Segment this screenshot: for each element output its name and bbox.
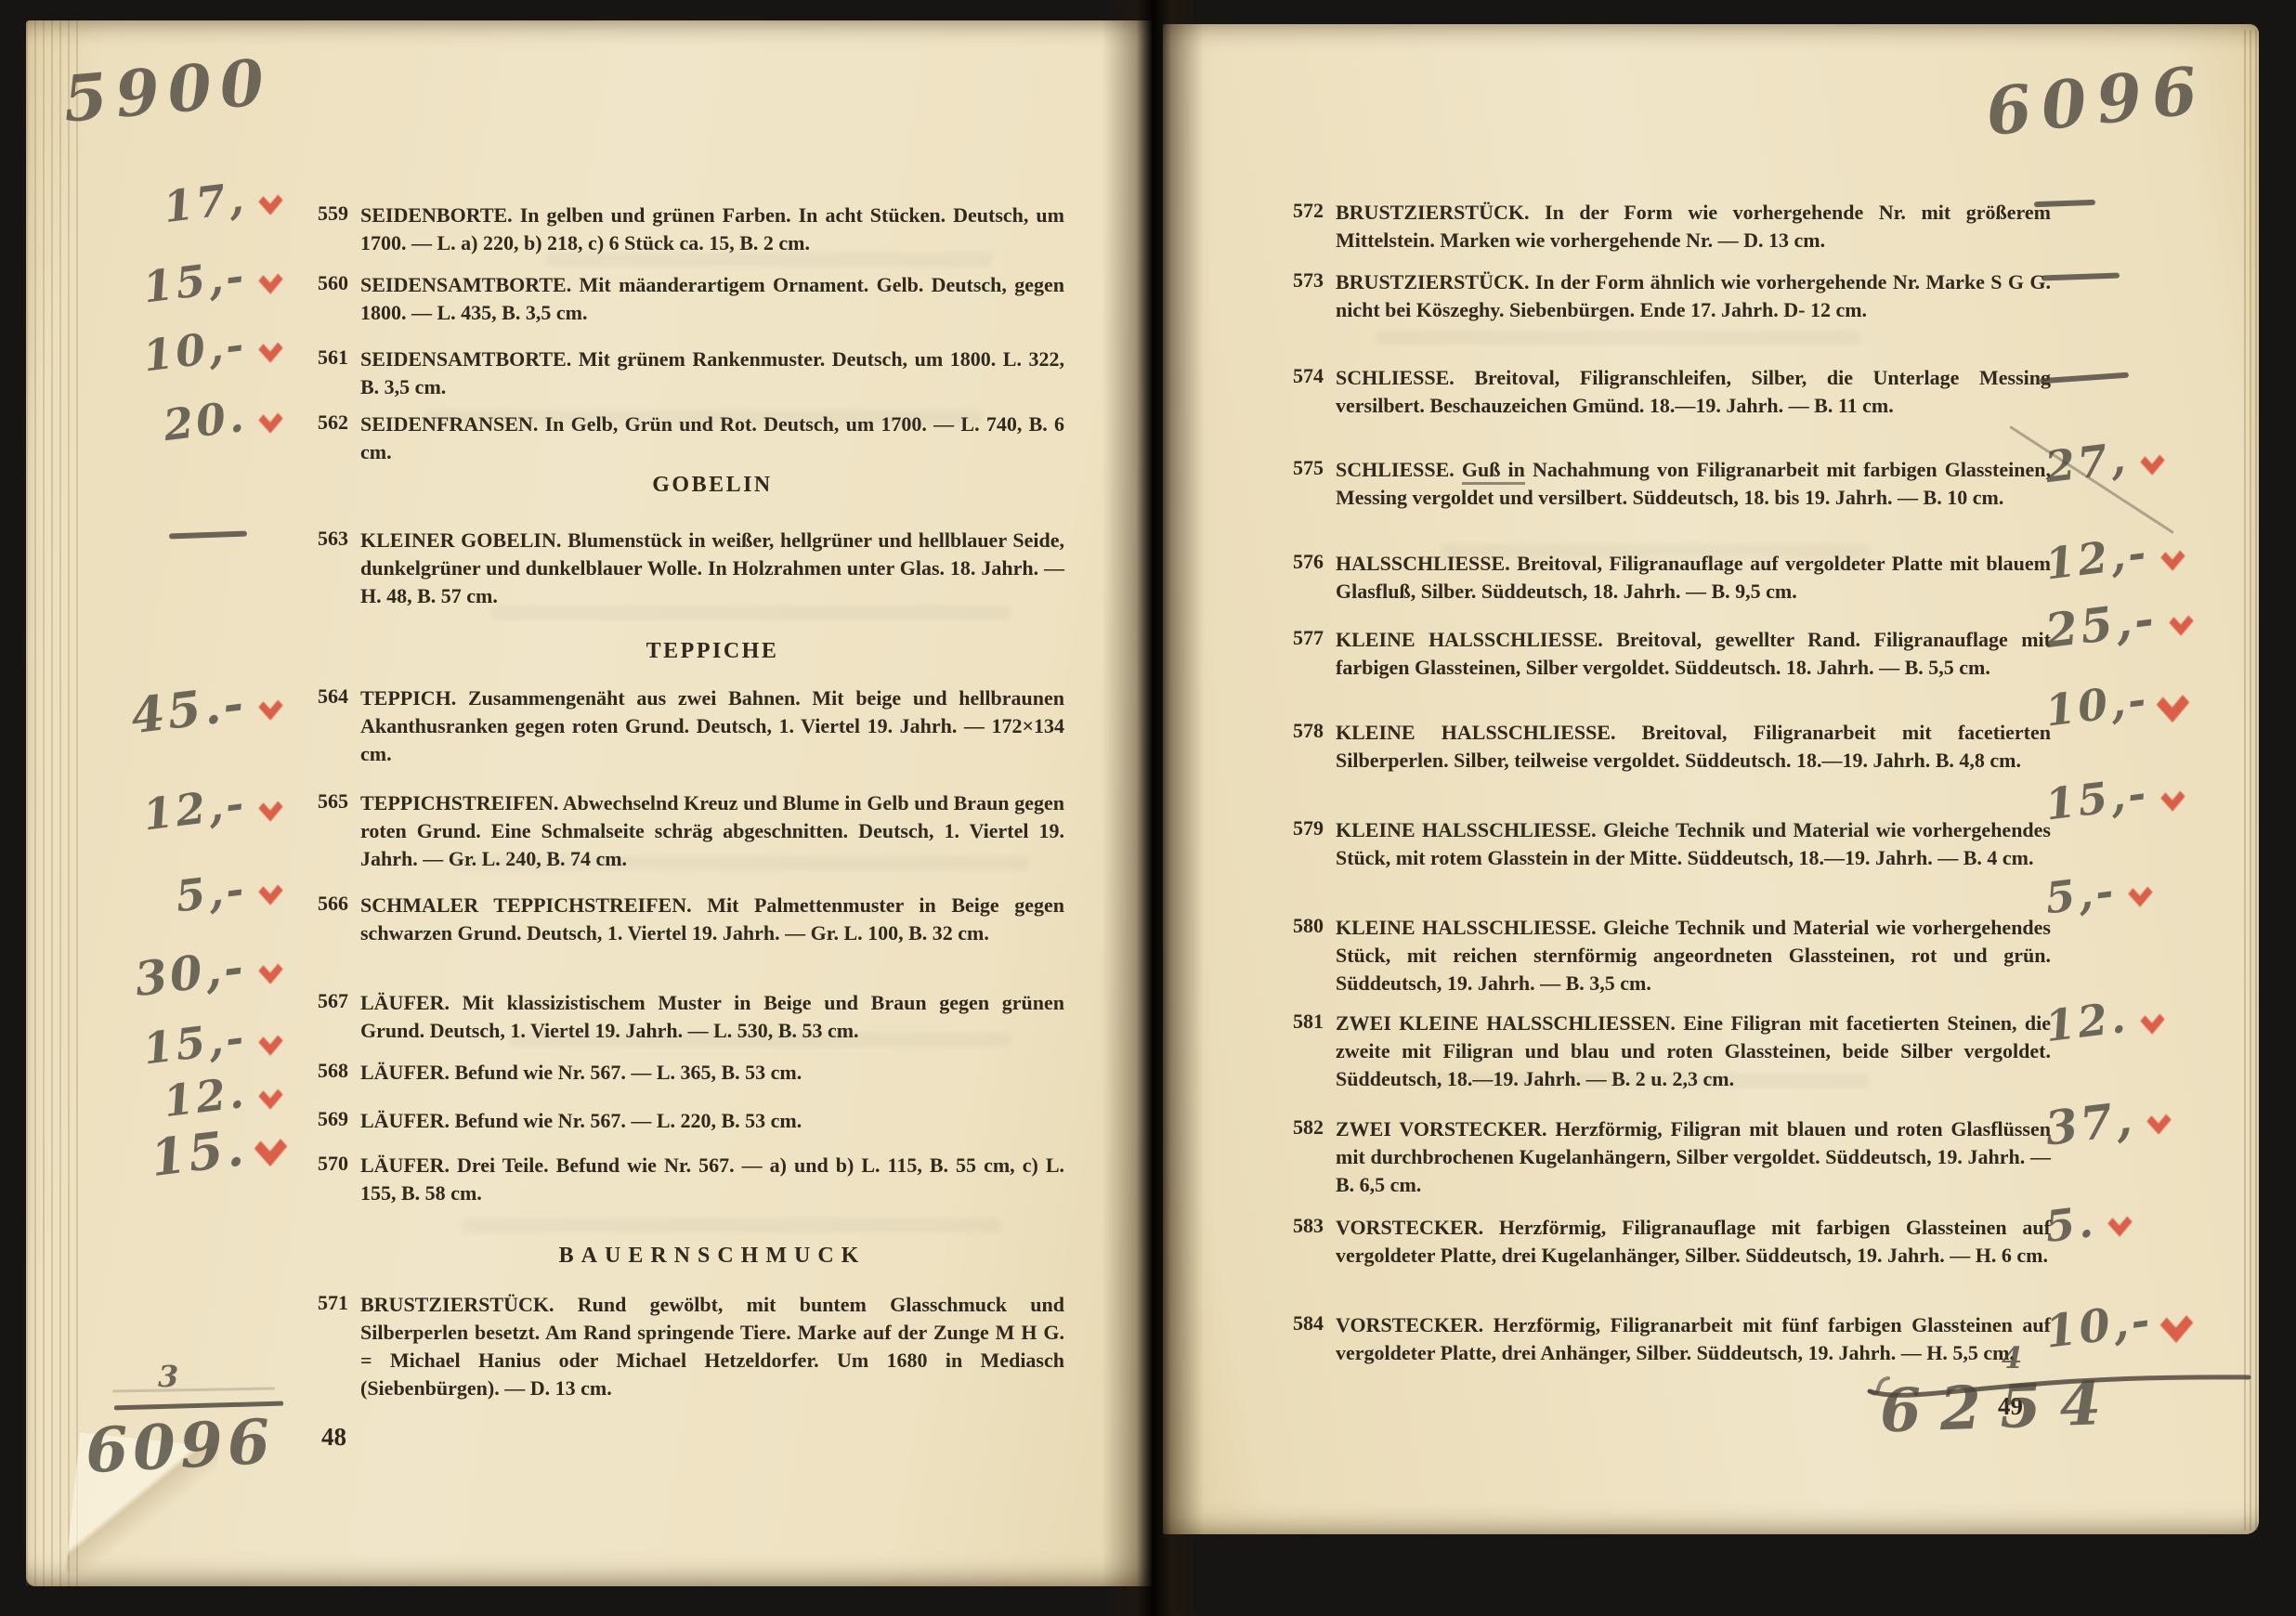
lot-number: 562 xyxy=(318,411,348,435)
catalog-entry-575: 575 SCHLIESSE. Guß in Nachahmung von Fil… xyxy=(1336,456,2051,512)
price-annotation: 10,- xyxy=(2045,684,2183,726)
lot-number: 560 xyxy=(318,271,348,295)
page-stack-edges xyxy=(26,20,84,1586)
handwritten-price: 25,- xyxy=(2042,595,2159,655)
lot-number: 583 xyxy=(1293,1214,1324,1238)
pencil-underlined-text: Guß in xyxy=(1462,458,1525,485)
catalog-entry-573: 573 BRUSTZIERSTÜCK. In der Form ähnlich … xyxy=(1336,268,2051,324)
lot-description: LÄUFER. Befund wie Nr. 567. — L. 220, B.… xyxy=(360,1107,1064,1135)
lot-description: VORSTECKER. Herzförmig, Filigranarbeit m… xyxy=(1336,1311,2051,1367)
handwritten-carry-digit: 3 xyxy=(158,1362,178,1391)
catalog-entry-568: 568 LÄUFER. Befund wie Nr. 567. — L. 365… xyxy=(360,1059,1064,1087)
lot-number: 582 xyxy=(1293,1115,1324,1140)
checkmark-icon xyxy=(2169,607,2193,635)
price-annotation: 20. xyxy=(163,399,280,442)
catalog-entry-567: 567 LÄUFER. Mit klassizistischem Muster … xyxy=(360,989,1064,1045)
catalog-entry-577: 577 KLEINE HALSSCHLIESSE. Breitoval, gew… xyxy=(1336,626,2051,682)
lot-number: 579 xyxy=(1293,816,1324,841)
catalog-book-scan: 5900 559 SEIDENBORTE. In gelben und grün… xyxy=(0,0,2296,1616)
price-annotation: 25,- xyxy=(2045,602,2191,648)
price-annotation: 12,- xyxy=(2045,537,2183,580)
catalog-entry-574: 574 SCHLIESSE. Breitoval, Filigranschlei… xyxy=(1336,364,2051,420)
handwritten-price: 12,- xyxy=(2043,530,2151,585)
lot-number: 561 xyxy=(318,345,348,370)
handwritten-price: 5,- xyxy=(173,867,248,919)
handwritten-price: 12. xyxy=(2043,996,2131,1049)
handwritten-price: 17, xyxy=(161,176,248,229)
left-page: 5900 559 SEIDENBORTE. In gelben und grün… xyxy=(26,20,1152,1586)
lot-number: 570 xyxy=(318,1152,348,1176)
price-annotation: 15. xyxy=(150,1127,280,1178)
checkmark-icon xyxy=(258,1081,282,1109)
lot-description: SEIDENBORTE. In gelben und grünen Farben… xyxy=(360,202,1064,257)
lot-number: 566 xyxy=(318,892,348,916)
lot-description: ZWEI KLEINE HALSSCHLIESSEN. Eine Filigra… xyxy=(1336,1010,2051,1093)
price-annotation: 10,- xyxy=(143,329,280,371)
price-annotation: 12. xyxy=(163,1075,280,1118)
catalog-entry-570: 570 LÄUFER. Drei Teile. Befund wie Nr. 5… xyxy=(360,1152,1064,1207)
lot-number: 576 xyxy=(1293,550,1324,574)
checkmark-icon xyxy=(2107,1208,2132,1236)
catalog-entry-579: 579 KLEINE HALSSCHLIESSE. Gleiche Techni… xyxy=(1336,816,2051,872)
lot-number: 584 xyxy=(1293,1311,1324,1336)
lot-number: 573 xyxy=(1293,268,1324,293)
catalog-entry-560: 560 SEIDENSAMTBORTE. Mit mäanderartigem … xyxy=(360,271,1064,327)
lot-description: TEPPICH. Zusammengenäht aus zwei Bahnen.… xyxy=(360,684,1064,768)
price-annotation: 30,- xyxy=(135,950,280,997)
catalog-entry-581: 581 ZWEI KLEINE HALSSCHLIESSEN. Eine Fil… xyxy=(1336,1010,2051,1093)
lot-description: KLEINE HALSSCHLIESSE. Breitoval, gewellt… xyxy=(1336,626,2051,682)
checkmark-icon xyxy=(2128,879,2152,906)
lot-number: 563 xyxy=(318,527,348,551)
lot-description: SEIDENSAMTBORTE. Mit grünem Rankenmuster… xyxy=(360,345,1064,401)
lot-description: LÄUFER. Drei Teile. Befund wie Nr. 567. … xyxy=(360,1152,1064,1207)
handwritten-price: 12,- xyxy=(140,781,248,836)
handwritten-price: 15. xyxy=(148,1122,249,1183)
handwritten-price: 37, xyxy=(2042,1095,2136,1152)
checkmark-icon xyxy=(258,266,282,293)
handwritten-price: 10,- xyxy=(140,322,248,377)
lot-description: ZWEI VORSTECKER. Herzförmig, Filigran mi… xyxy=(1336,1115,2051,1199)
lot-description: SCHLIESSE. Breitoval, Filigranschleifen,… xyxy=(1336,364,2051,420)
handwritten-price: 12. xyxy=(161,1071,248,1124)
checkmark-icon xyxy=(258,793,282,821)
handwritten-price: 5. xyxy=(2042,1200,2097,1248)
checkmark-icon xyxy=(2140,447,2164,475)
checkmark-icon xyxy=(2140,1006,2164,1034)
handwritten-price: 10,- xyxy=(2043,1297,2155,1355)
handwritten-price: 5,- xyxy=(2042,869,2118,920)
lot-description: SEIDENSAMTBORTE. Mit mäanderartigem Orna… xyxy=(360,271,1064,327)
lot-number: 569 xyxy=(318,1107,348,1131)
section-heading-gobelin: GOBELIN xyxy=(360,473,1064,498)
no-bid-annotation xyxy=(2042,274,2120,280)
handwritten-total-bottom: 6254 xyxy=(1879,1375,2120,1442)
lot-description: KLEINE HALSSCHLIESSE. Gleiche Technik un… xyxy=(1336,816,2051,872)
lot-description: BRUSTZIERSTÜCK. In der Form wie vorherge… xyxy=(1336,199,2051,254)
lot-number: 574 xyxy=(1293,364,1324,388)
checkmark-icon xyxy=(258,1027,282,1055)
checkmark-icon xyxy=(2146,1106,2171,1134)
handwritten-price: 30,- xyxy=(133,944,249,1003)
lot-description: HALSSCHLIESSE. Breitoval, Filigranauflag… xyxy=(1336,550,2051,606)
lot-number: 565 xyxy=(318,789,348,814)
checkmark-icon xyxy=(2160,1305,2194,1343)
price-annotation: 45.- xyxy=(131,686,280,735)
checkmark-icon xyxy=(2160,783,2185,811)
lot-description: TEPPICHSTREIFEN. Abwechselnd Kreuz und B… xyxy=(360,789,1064,873)
lot-number: 571 xyxy=(318,1291,348,1315)
catalog-entry-583: 583 VORSTECKER. Herzförmig, Filigranaufl… xyxy=(1336,1214,2051,1270)
lot-description: SCHLIESSE. Guß in Nachahmung von Filigra… xyxy=(1336,456,2051,512)
checkmark-icon xyxy=(258,877,282,905)
catalog-entry-569: 569 LÄUFER. Befund wie Nr. 567. — L. 220… xyxy=(360,1107,1064,1135)
pencil-faint-line xyxy=(112,1387,275,1392)
handwritten-price: 15,- xyxy=(140,1015,248,1070)
price-annotation: 15,- xyxy=(143,1022,280,1064)
handwritten-total-top: 6096 xyxy=(1983,58,2211,146)
price-annotation: 12,- xyxy=(143,788,280,830)
section-heading-teppiche: TEPPICHE xyxy=(360,639,1064,664)
price-annotation: 12. xyxy=(2045,1000,2162,1043)
catalog-entry-582: 582 ZWEI VORSTECKER. Herzförmig, Filigra… xyxy=(1336,1115,2051,1199)
bleed-through-text xyxy=(1376,331,1859,345)
handwritten-carry-digit: 4 xyxy=(2002,1343,2022,1373)
checkmark-icon xyxy=(2160,542,2185,570)
lot-number: 581 xyxy=(1293,1010,1324,1034)
lot-number: 578 xyxy=(1293,719,1324,743)
catalog-entry-584: 584 VORSTECKER. Herzförmig, Filigranarbe… xyxy=(1336,1311,2051,1367)
checkmark-icon xyxy=(258,405,282,433)
lot-number: 577 xyxy=(1293,626,1324,650)
catalog-entry-562: 562 SEIDENFRANSEN. In Gelb, Grün und Rot… xyxy=(360,411,1064,466)
price-annotation: 10,- xyxy=(2045,1304,2186,1349)
checkmark-icon xyxy=(258,187,282,215)
price-annotation: 37, xyxy=(2045,1101,2169,1147)
handwritten-total-top: 5900 xyxy=(60,50,274,131)
no-bid-annotation xyxy=(169,532,247,538)
pencil-dash-icon xyxy=(169,531,247,540)
bleed-through-text xyxy=(463,1219,1001,1232)
right-page: 6096 572 BRUSTZIERSTÜCK. In der Form wie… xyxy=(1163,24,2259,1534)
lot-number: 564 xyxy=(318,684,348,709)
lot-description: LÄUFER. Befund wie Nr. 567. — L. 365, B.… xyxy=(360,1059,1064,1087)
lot-number: 575 xyxy=(1293,456,1324,480)
checkmark-icon xyxy=(258,692,282,720)
catalog-entry-578: 578 KLEINE HALSSCHLIESSE. Breitoval, Fil… xyxy=(1336,719,2051,775)
catalog-entry-566: 566 SCHMALER TEPPICHSTREIFEN. Mit Palmet… xyxy=(360,892,1064,947)
handwritten-price: 20. xyxy=(161,395,248,448)
section-heading-bauernschmuck: BAUERNSCHMUCK xyxy=(360,1244,1064,1269)
catalog-entry-561: 561 SEIDENSAMTBORTE. Mit grünem Rankenmu… xyxy=(360,345,1064,401)
lot-number: 568 xyxy=(318,1059,348,1083)
lot-number: 572 xyxy=(1293,199,1324,223)
price-annotation: 5. xyxy=(2045,1203,2130,1245)
lot-description: SCHMALER TEPPICHSTREIFEN. Mit Palmettenm… xyxy=(360,892,1064,947)
no-bid-annotation xyxy=(2040,375,2129,381)
handwritten-price: 45.- xyxy=(128,680,248,742)
checkmark-icon xyxy=(2157,684,2190,723)
catalog-entry-572: 572 BRUSTZIERSTÜCK. In der Form wie vorh… xyxy=(1336,199,2051,254)
lot-description: KLEINER GOBELIN. Blumenstück in weißer, … xyxy=(360,527,1064,610)
handwritten-total-bottom: 6096 xyxy=(84,1411,276,1482)
price-annotation: 5,- xyxy=(2045,873,2150,916)
catalog-entry-565: 565 TEPPICHSTREIFEN. Abwechselnd Kreuz u… xyxy=(360,789,1064,873)
pencil-dash-icon xyxy=(2034,200,2095,207)
price-annotation: 27, xyxy=(2045,441,2162,484)
lot-description: BRUSTZIERSTÜCK. In der Form ähnlich wie … xyxy=(1336,268,2051,324)
catalog-entry-563: 563 KLEINER GOBELIN. Blumenstück in weiß… xyxy=(360,527,1064,610)
pencil-dash-icon xyxy=(2042,273,2120,281)
checkmark-icon xyxy=(254,1128,288,1166)
lot-description: VORSTECKER. Herzförmig, Filigranauflage … xyxy=(1336,1214,2051,1270)
page-stack-edges xyxy=(2244,30,2259,1531)
lot-description: KLEINE HALSSCHLIESSE. Gleiche Technik un… xyxy=(1336,914,2051,997)
lot-description: SEIDENFRANSEN. In Gelb, Grün und Rot. De… xyxy=(360,411,1064,466)
page-number: 48 xyxy=(321,1423,346,1452)
catalog-entry-559: 559 SEIDENBORTE. In gelben und grünen Fa… xyxy=(360,202,1064,257)
pencil-dash-icon xyxy=(2040,372,2129,384)
lot-description: LÄUFER. Mit klassizistischem Muster in B… xyxy=(360,989,1064,1045)
handwritten-price: 15,- xyxy=(2043,771,2151,826)
handwritten-price: 27, xyxy=(2043,437,2131,489)
lot-number: 559 xyxy=(318,202,348,226)
lot-description: KLEINE HALSSCHLIESSE. Breitoval, Filigra… xyxy=(1336,719,2051,775)
lot-description: BRUSTZIERSTÜCK. Rund gewölbt, mit buntem… xyxy=(360,1291,1064,1402)
handwritten-price: 15,- xyxy=(140,254,248,308)
lot-number: 580 xyxy=(1293,914,1324,938)
price-annotation: 15,- xyxy=(143,260,280,303)
checkmark-icon xyxy=(258,334,282,362)
handwritten-price: 10,- xyxy=(2043,677,2151,732)
price-annotation: 15,- xyxy=(2045,777,2183,820)
price-annotation: 5,- xyxy=(176,871,280,914)
lot-number: 567 xyxy=(318,989,348,1013)
catalog-entry-564: 564 TEPPICH. Zusammengenäht aus zwei Bah… xyxy=(360,684,1064,768)
price-annotation: 17, xyxy=(163,181,280,224)
no-bid-annotation xyxy=(2034,201,2095,206)
catalog-entry-580: 580 KLEINE HALSSCHLIESSE. Gleiche Techni… xyxy=(1336,914,2051,997)
catalog-entry-571: 571 BRUSTZIERSTÜCK. Rund gewölbt, mit bu… xyxy=(360,1291,1064,1402)
catalog-entry-576: 576 HALSSCHLIESSE. Breitoval, Filigranau… xyxy=(1336,550,2051,606)
checkmark-icon xyxy=(258,956,282,984)
